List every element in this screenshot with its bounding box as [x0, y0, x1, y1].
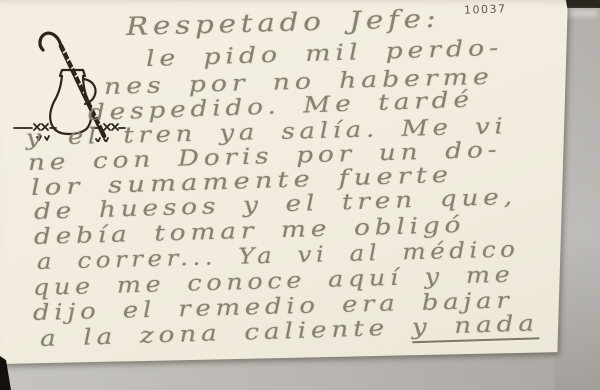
postcard: 10037 Respetado Jefe: le pido mil perdo-… — [0, 0, 600, 390]
handwriting-salutation: Respetado Jefe: — [126, 4, 441, 41]
scanned-letter: 10037 Respetado Jefe: le pido mil perdo-… — [0, 0, 600, 390]
handwriting-underlined-words: y nada — [411, 311, 539, 343]
postcard-paper: 10037 Respetado Jefe: le pido mil perdo-… — [0, 0, 600, 390]
catalog-number: 10037 — [464, 2, 507, 16]
